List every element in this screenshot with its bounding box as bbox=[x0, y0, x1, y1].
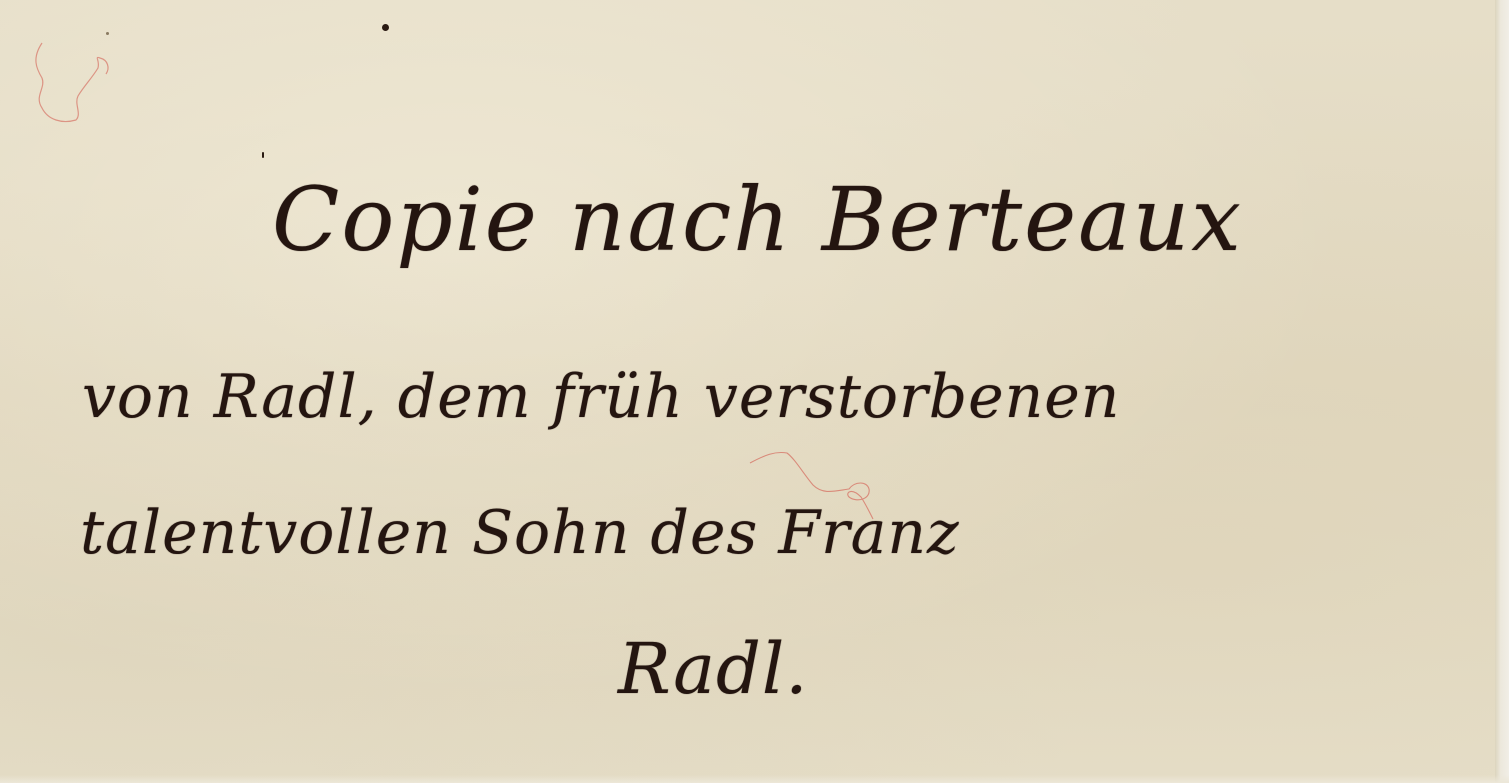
paper-sheet: Copie nach Berteaux von Radl, dem früh v… bbox=[0, 0, 1509, 783]
manuscript-line-1: Copie nach Berteaux bbox=[272, 168, 1243, 271]
ink-speck bbox=[382, 24, 389, 31]
ink-speck bbox=[262, 152, 264, 158]
paper-bottom-edge bbox=[0, 775, 1509, 783]
paper-edge bbox=[1495, 0, 1509, 783]
red-fiber-top-left bbox=[28, 38, 118, 128]
manuscript-line-3: talentvollen Sohn des Franz bbox=[80, 498, 960, 568]
manuscript-signature: Radl. bbox=[618, 628, 809, 710]
ink-speck bbox=[106, 32, 109, 35]
manuscript-line-2: von Radl, dem früh verstorbenen bbox=[82, 362, 1120, 432]
